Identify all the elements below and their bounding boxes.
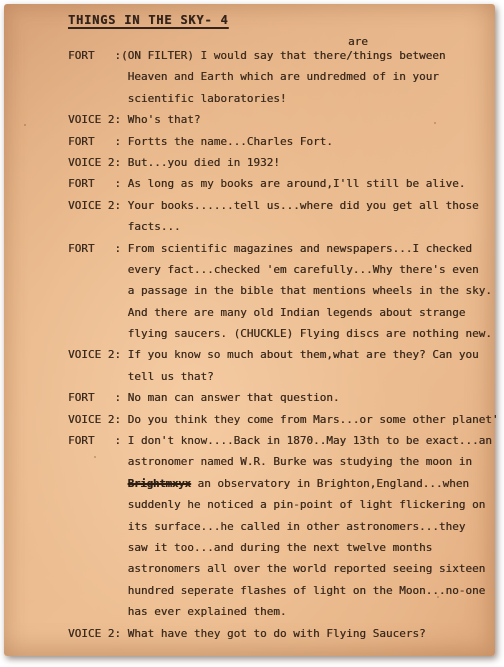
script-line: hundred seperate flashes of light on the…: [68, 580, 489, 601]
script-line: FORT : From scientific magazines and new…: [68, 238, 489, 259]
script-body: FORT :(ON FILTER) I would say that there…: [68, 45, 489, 644]
script-line: every fact...checked 'em carefully...Why…: [68, 259, 489, 280]
paper-speck: [24, 124, 26, 126]
script-line: saw it too...and during the next twelve …: [68, 537, 489, 558]
script-line: VOICE 2: Who's that?: [68, 109, 489, 130]
script-line: facts...: [68, 216, 489, 237]
script-line: has ever explained them.: [68, 601, 489, 622]
script-line: VOICE 2: But...you died in 1932!: [68, 152, 489, 173]
script-line: VOICE 2: Your books......tell us...where…: [68, 195, 489, 216]
struck-out-word: Brightmxyx: [128, 477, 191, 490]
script-line: FORT : As long as my books are around,I'…: [68, 173, 489, 194]
script-line: scientific laboratories!: [68, 88, 489, 109]
script-line: VOICE 2: If you know so much about them,…: [68, 344, 489, 365]
script-line: astronomer named W.R. Burke was studying…: [68, 451, 489, 472]
script-line: its surface...he called in other astrono…: [68, 516, 489, 537]
script-line: flying saucers. (CHUCKLE) Flying discs a…: [68, 323, 489, 344]
script-line: VOICE 2: Do you think they come from Mar…: [68, 409, 489, 430]
indent-spaces: [68, 477, 128, 490]
script-line: VOICE 2: What have they got to do with F…: [68, 623, 489, 644]
script-line: FORT : No man can answer that question.: [68, 387, 489, 408]
script-line: FORT :(ON FILTER) I would say that there…: [68, 45, 489, 66]
script-line: a passage in the bible that mentions whe…: [68, 280, 489, 301]
script-line-rest: an observatory in Brighton,England...whe…: [191, 477, 469, 490]
script-line: And there are many old Indian legends ab…: [68, 302, 489, 323]
page-title: THINGS IN THE SKY- 4: [68, 13, 229, 27]
script-line: FORT : I don't know....Back in 1870..May…: [68, 430, 489, 451]
script-line: Heaven and Earth which are undredmed of …: [68, 66, 489, 87]
photo-frame: THINGS IN THE SKY- 4 are FORT :(ON FILTE…: [0, 0, 504, 667]
script-line: tell us that?: [68, 366, 489, 387]
script-line: suddenly he noticed a pin-point of light…: [68, 494, 489, 515]
script-line: astronomers all over the world reported …: [68, 558, 489, 579]
script-line: FORT : Fortts the name...Charles Fort.: [68, 131, 489, 152]
typewritten-script-page: THINGS IN THE SKY- 4 are FORT :(ON FILTE…: [4, 4, 495, 656]
script-line-strikethrough: Brightmxyx an observatory in Brighton,En…: [68, 473, 489, 494]
